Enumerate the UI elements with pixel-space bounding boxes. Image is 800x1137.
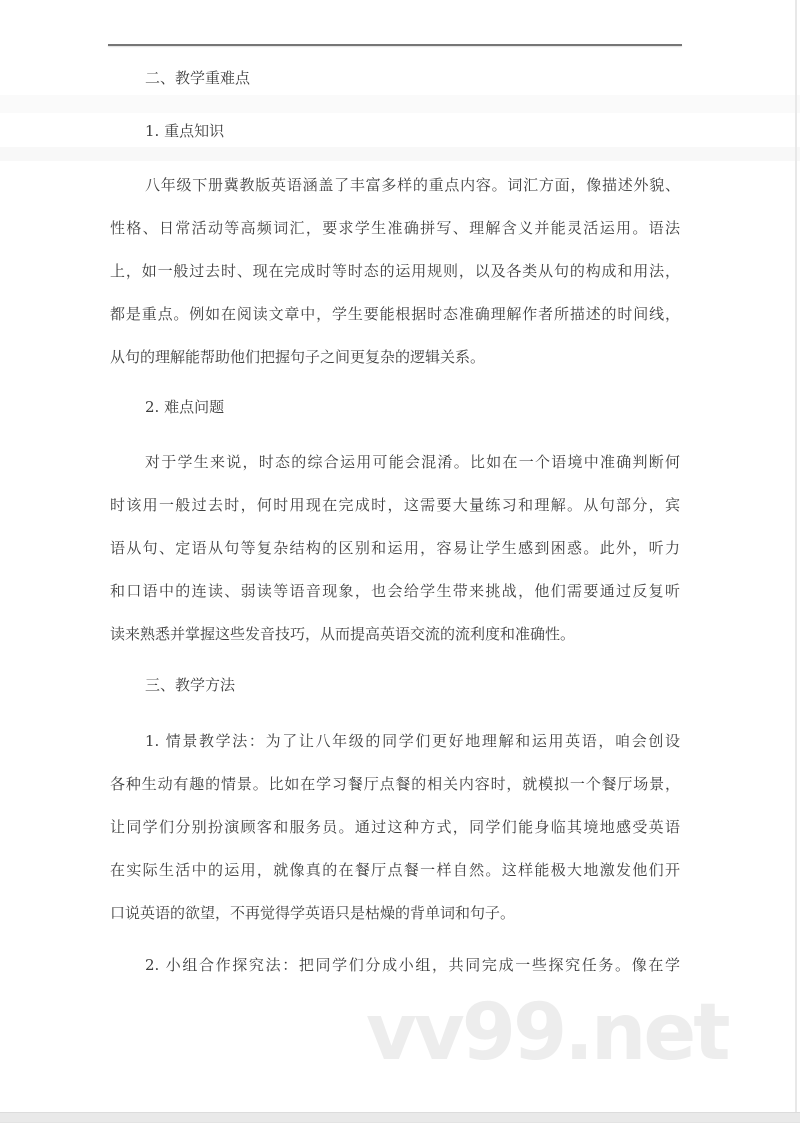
page-break-band: [0, 1112, 800, 1123]
scan-artifact-stripe: [0, 95, 800, 113]
paragraph: 1. 情景教学法：为了让八年级的同学们更好地理解和运用英语，咱会创设各种生动有趣…: [110, 720, 680, 935]
text-line: 八年级下册冀教版英语涵盖了丰富多样的重点内容。词汇方面，像描述外貌、: [110, 164, 680, 207]
section-heading: 三、教学方法: [110, 674, 680, 696]
text-line: 对于学生来说，时态的综合运用可能会混淆。比如在一个语境中准确判断何: [110, 441, 680, 484]
text-line: 1. 情景教学法：为了让八年级的同学们更好地理解和运用英语，咱会创设: [110, 720, 680, 763]
scan-artifact-stripe: [0, 147, 800, 161]
text-line: 和口语中的连读、弱读等语音现象，也会给学生带来挑战，他们需要通过反复听: [110, 570, 680, 613]
page-right-edge: [795, 0, 797, 1112]
text-line: 从句的理解能帮助他们把握句子之间更复杂的逻辑关系。: [110, 336, 680, 379]
text-line: 语从句、定语从句等复杂结构的区别和运用，容易让学生感到困惑。此外，听力: [110, 527, 680, 570]
paragraph: 2. 小组合作探究法：把同学们分成小组，共同完成一些探究任务。像在学: [110, 944, 680, 987]
text-line: 2. 小组合作探究法：把同学们分成小组，共同完成一些探究任务。像在学: [110, 944, 680, 987]
text-line: 各种生动有趣的情景。比如在学习餐厅点餐的相关内容时，就模拟一个餐厅场景，: [110, 763, 680, 806]
section-divider-rule: [108, 44, 682, 46]
paragraph: 对于学生来说，时态的综合运用可能会混淆。比如在一个语境中准确判断何时该用一般过去…: [110, 441, 680, 656]
section-heading: 二、教学重难点: [110, 67, 680, 89]
text-line: 性格、日常活动等高频词汇，要求学生准确拼写、理解含义并能灵活运用。语法: [110, 207, 680, 250]
text-line: 读来熟悉并掌握这些发音技巧，从而提高英语交流的流利度和准确性。: [110, 613, 680, 656]
text-line: 都是重点。例如在阅读文章中，学生要能根据时态准确理解作者所描述的时间线，: [110, 293, 680, 336]
watermark: vv99.net: [366, 988, 728, 1078]
text-line: 让同学们分别扮演顾客和服务员。通过这种方式，同学们能身临其境地感受英语: [110, 806, 680, 849]
text-line: 上，如一般过去时、现在完成时等时态的运用规则，以及各类从句的构成和用法，: [110, 250, 680, 293]
document-page: 二、教学重难点1. 重点知识八年级下册冀教版英语涵盖了丰富多样的重点内容。词汇方…: [0, 0, 800, 1137]
section-heading: 1. 重点知识: [110, 120, 680, 142]
section-heading: 2. 难点问题: [110, 396, 680, 418]
text-line: 口说英语的欲望，不再觉得学英语只是枯燥的背单词和句子。: [110, 892, 680, 935]
text-line: 时该用一般过去时，何时用现在完成时，这需要大量练习和理解。从句部分，宾: [110, 484, 680, 527]
text-line: 在实际生活中的运用，就像真的在餐厅点餐一样自然。这样能极大地激发他们开: [110, 849, 680, 892]
paragraph: 八年级下册冀教版英语涵盖了丰富多样的重点内容。词汇方面，像描述外貌、性格、日常活…: [110, 164, 680, 379]
